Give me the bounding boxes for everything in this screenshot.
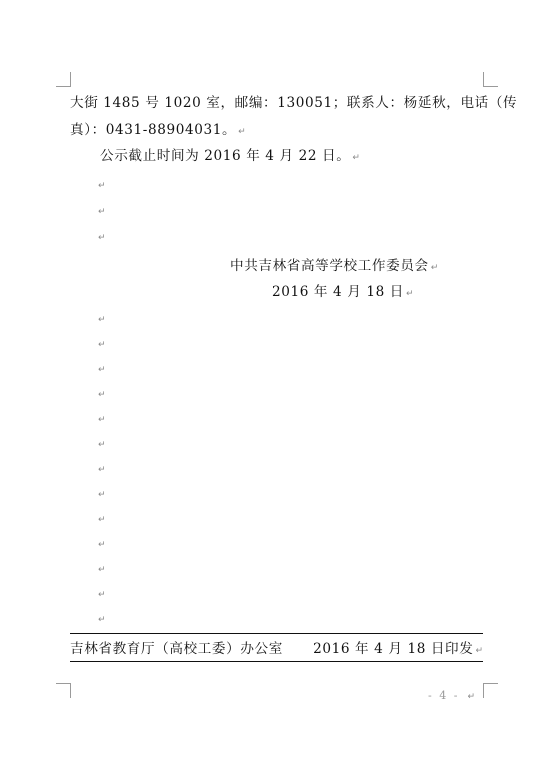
body-line-phone: 真）：0431-88904031。↵ (70, 121, 246, 141)
issue-date-text: 2016 年 4 月 18 日印发 (313, 641, 473, 657)
address-text: 大街 1485 号 1020 室，邮编：130051；联系人：杨延秋，电话（传 (70, 95, 517, 111)
paragraph-mark-icon: ↵ (98, 232, 106, 244)
footer-rule-top (70, 633, 483, 634)
paragraph-mark-icon: ↵ (98, 389, 106, 401)
paragraph-mark-icon: ↵ (431, 263, 439, 273)
paragraph-mark-icon: ↵ (98, 539, 106, 551)
crop-mark-bottom-left (56, 683, 71, 698)
signature-date-text: 2016 年 4 月 18 日 (272, 284, 404, 300)
paragraph-mark-icon: ↵ (98, 180, 106, 192)
paragraph-mark-icon: ↵ (98, 489, 106, 501)
paragraph-mark-icon: ↵ (98, 414, 106, 426)
paragraph-mark-icon: ↵ (98, 564, 106, 576)
paragraph-mark-icon: ↵ (475, 646, 483, 656)
paragraph-mark-icon: ↵ (98, 206, 106, 218)
body-line-address: 大街 1485 号 1020 室，邮编：130051；联系人：杨延秋，电话（传 (70, 94, 517, 112)
footer-issuer: 吉林省教育厅（高校工委）办公室 (70, 640, 283, 658)
paragraph-mark-icon: ↵ (98, 364, 106, 376)
phone-text: 真）：0431-88904031。 (70, 122, 236, 138)
paragraph-mark-icon: ↵ (352, 153, 360, 163)
paragraph-mark-icon: ↵ (467, 692, 475, 702)
paragraph-mark-icon: ↵ (98, 339, 106, 351)
signature-organization: 中共吉林省高等学校工作委员会↵ (230, 257, 438, 277)
paragraph-mark-icon: ↵ (238, 127, 246, 137)
footer-rule-bottom (70, 661, 483, 662)
issuer-text: 吉林省教育厅（高校工委）办公室 (70, 641, 283, 657)
signature-date: 2016 年 4 月 18 日↵ (272, 283, 413, 303)
page-number: - 4 -↵ (428, 689, 475, 702)
paragraph-mark-icon: ↵ (98, 514, 106, 526)
paragraph-mark-icon: ↵ (98, 439, 106, 451)
crop-mark-top-left (56, 72, 71, 87)
footer-issue-date: 2016 年 4 月 18 日印发↵ (313, 640, 483, 660)
crop-mark-bottom-right (483, 683, 498, 698)
paragraph-mark-icon: ↵ (98, 464, 106, 476)
paragraph-mark-icon: ↵ (98, 589, 106, 601)
paragraph-mark-icon: ↵ (98, 614, 106, 626)
crop-mark-top-right (483, 72, 498, 87)
body-line-deadline: 公示截止时间为 2016 年 4 月 22 日。↵ (100, 147, 360, 167)
paragraph-mark-icon: ↵ (98, 314, 106, 326)
paragraph-mark-icon: ↵ (406, 289, 414, 299)
organization-text: 中共吉林省高等学校工作委员会 (230, 258, 429, 274)
page-number-text: - 4 - (428, 689, 459, 702)
deadline-text: 公示截止时间为 2016 年 4 月 22 日。 (100, 148, 350, 164)
